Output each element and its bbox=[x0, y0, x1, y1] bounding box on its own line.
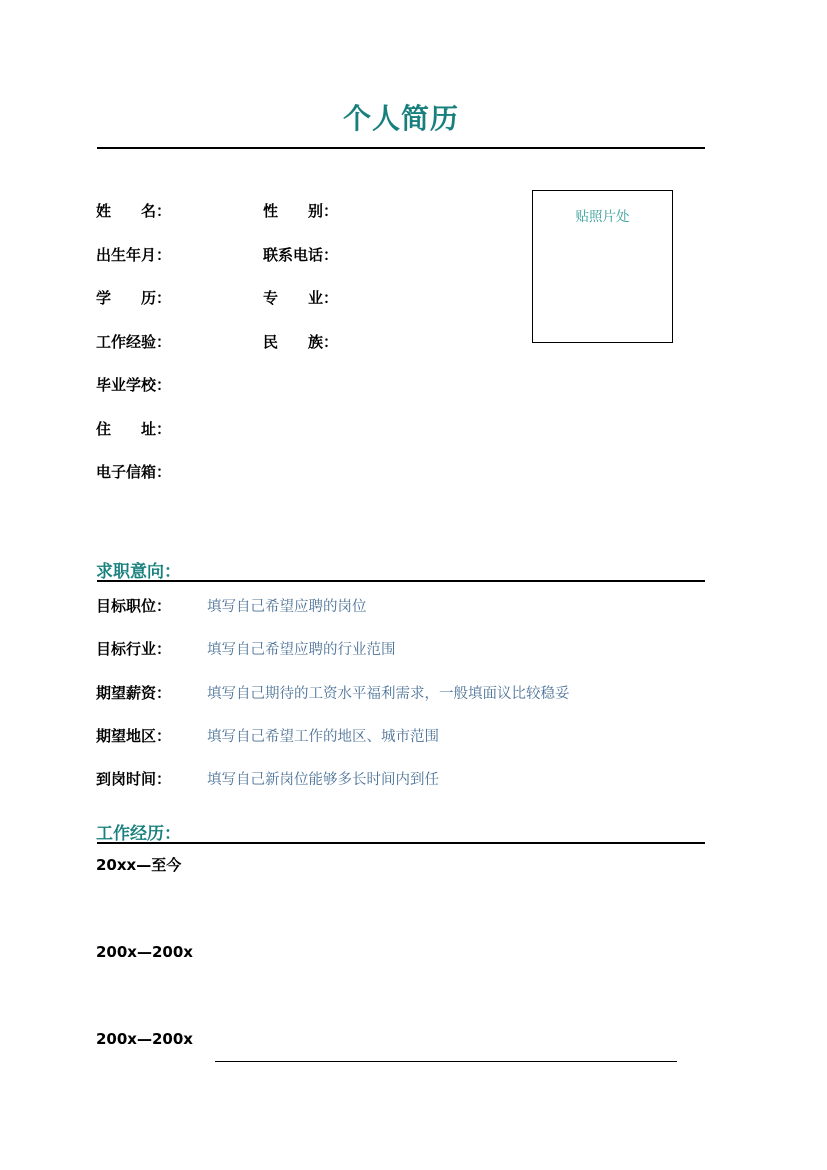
intent-label-expected-region: 期望地区： bbox=[96, 727, 171, 745]
field-label-address: 住 址： bbox=[96, 420, 171, 438]
page-title: 个人简历 bbox=[97, 103, 705, 135]
resume-page: 个人简历 贴照片处 姓 名： 性 别： 出生年月： 联系电话： 学 历： 专 业… bbox=[0, 0, 827, 1170]
field-label-birth-date: 出生年月： bbox=[96, 246, 171, 264]
intent-value-expected-region: 填写自己希望工作的地区、城市范围 bbox=[207, 728, 439, 746]
work-period: 20xx—至今 bbox=[96, 856, 181, 874]
field-label-school: 毕业学校： bbox=[96, 376, 171, 394]
intent-label-target-position: 目标职位： bbox=[96, 597, 171, 615]
intent-label-expected-salary: 期望薪资： bbox=[96, 684, 171, 702]
title-divider bbox=[97, 147, 705, 149]
intent-value-availability-date: 填写自己新岗位能够多长时间内到任 bbox=[207, 771, 439, 789]
field-label-email: 电子信箱： bbox=[96, 463, 171, 481]
field-label-ethnicity: 民 族： bbox=[263, 333, 338, 351]
work-experience-divider bbox=[97, 842, 705, 844]
photo-placeholder-label: 贴照片处 bbox=[576, 205, 630, 225]
field-label-major: 专 业： bbox=[263, 289, 338, 307]
intent-label-target-industry: 目标行业： bbox=[96, 640, 171, 658]
intent-value-target-position: 填写自己希望应聘的岗位 bbox=[207, 598, 367, 616]
work-period: 200x—200x bbox=[96, 943, 193, 961]
field-label-name: 姓 名： bbox=[96, 202, 171, 220]
work-period: 200x—200x bbox=[96, 1030, 193, 1048]
field-label-education: 学 历： bbox=[96, 289, 171, 307]
photo-placeholder-box: 贴照片处 bbox=[532, 190, 673, 343]
field-label-phone: 联系电话： bbox=[263, 246, 338, 264]
intent-value-expected-salary: 填写自己期待的工资水平福利需求，一般填面议比较稳妥 bbox=[207, 685, 570, 703]
bottom-divider bbox=[215, 1061, 677, 1062]
field-label-work-experience: 工作经验： bbox=[96, 333, 171, 351]
field-label-gender: 性 别： bbox=[263, 202, 338, 220]
intent-value-target-industry: 填写自己希望应聘的行业范围 bbox=[207, 641, 396, 659]
job-intention-divider bbox=[97, 580, 705, 582]
intent-label-availability-date: 到岗时间： bbox=[96, 770, 171, 788]
